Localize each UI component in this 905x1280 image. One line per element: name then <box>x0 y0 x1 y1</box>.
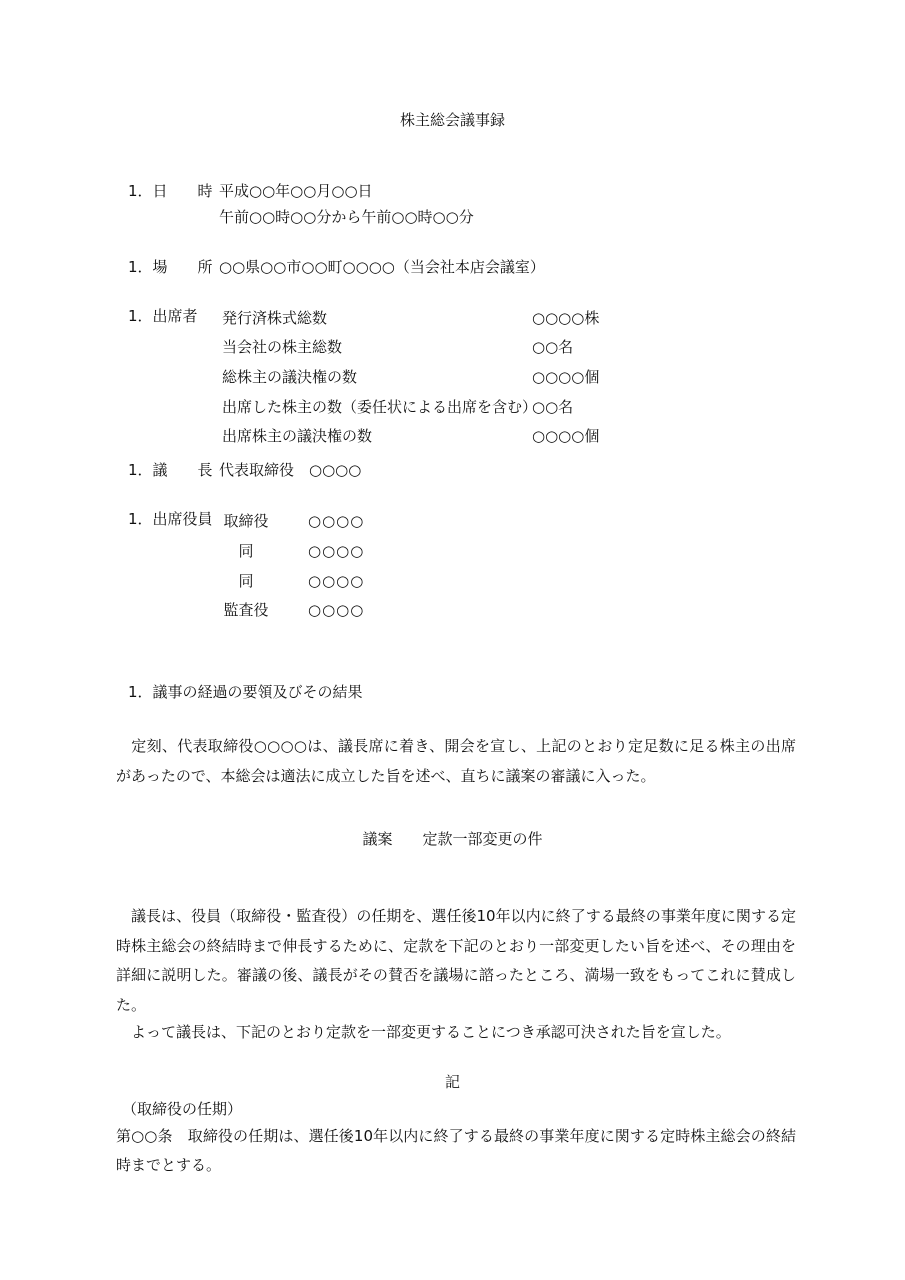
attendees-label: 1．出席者 <box>128 309 198 324</box>
attendee-value: ○○○○株 <box>532 311 599 326</box>
attendee-value: ○○名 <box>532 400 573 415</box>
officer-role: 同 <box>222 544 270 559</box>
document-title: 株主総会議事録 <box>0 113 905 128</box>
officer-name: ○○○○ <box>308 514 364 529</box>
place-value: ○○県○○市○○町○○○○（当会社本店会議室） <box>219 260 545 275</box>
article-text: 第○○条 取締役の任期は、選任後10年以内に終了する最終の事業年度に関する定時株… <box>116 1122 796 1180</box>
officer-role: 取締役 <box>222 514 270 529</box>
resolution-paragraph: よって議長は、下記のとおり定款を一部変更することにつき承認可決された旨を宣した。 <box>116 1018 796 1048</box>
opening-paragraph: 定刻、代表取締役○○○○は、議長席に着き、開会を宣し、上記のとおり定足数に足る株… <box>116 732 796 791</box>
attendee-value: ○○○○個 <box>532 370 599 385</box>
attendee-item: 総株主の議決権の数 <box>222 370 357 385</box>
officer-name: ○○○○ <box>308 574 364 589</box>
date-value: 平成○○年○○月○○日 <box>219 184 373 199</box>
date-label: 1．日 時 <box>128 184 213 199</box>
agenda-title: 議案 定款一部変更の件 <box>0 832 905 847</box>
attendee-item: 出席した株主の数（委任状による出席を含む） <box>222 400 537 415</box>
attendee-value: ○○名 <box>532 340 573 355</box>
officer-role: 同 <box>222 574 270 589</box>
officers-label: 1．出席役員 <box>128 512 213 527</box>
officer-name: ○○○○ <box>308 544 364 559</box>
attendee-item: 発行済株式総数 <box>222 311 327 326</box>
officer-name: ○○○○ <box>308 603 364 618</box>
attendee-item: 出席株主の議決権の数 <box>222 429 372 444</box>
attendee-value: ○○○○個 <box>532 429 599 444</box>
ki-heading: 記 <box>0 1075 905 1090</box>
article-caption: （取締役の任期） <box>122 1102 242 1117</box>
discussion-paragraph: 議長は、役員（取締役・監査役）の任期を、選任後10年以内に終了する最終の事業年度… <box>116 902 796 1020</box>
proceedings-heading: 1．議事の経過の要領及びその結果 <box>128 685 363 700</box>
place-label: 1．場 所 <box>128 260 213 275</box>
officer-role: 監査役 <box>222 603 270 618</box>
attendee-item: 当会社の株主総数 <box>222 340 342 355</box>
time-value: 午前○○時○○分から午前○○時○○分 <box>219 210 474 225</box>
chairman-label: 1．議 長 <box>128 463 213 478</box>
chairman-value: 代表取締役 ○○○○ <box>219 463 361 478</box>
